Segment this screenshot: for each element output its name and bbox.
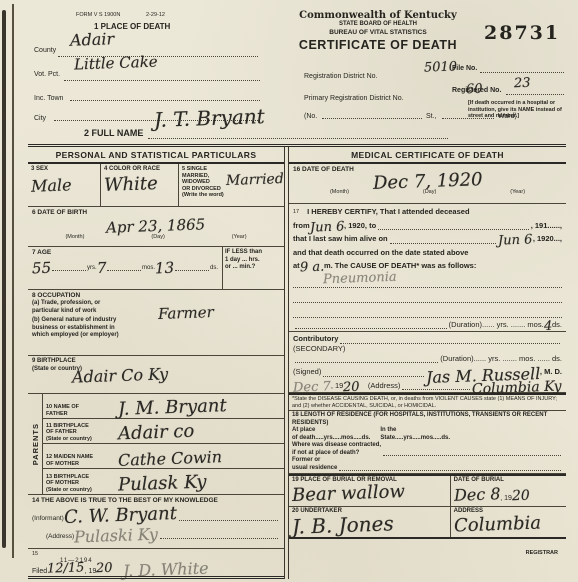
informant-address-label: (Address) [46, 533, 74, 541]
informant-value: C. W. Bryant [63, 503, 177, 528]
commonwealth-title: Commonwealth of Kentucky [278, 10, 478, 21]
filed-label: Filed [32, 567, 47, 576]
inc-town-rule [70, 100, 260, 101]
street-no-label: (No. [304, 112, 317, 121]
attended-from-value: Jun 6 [309, 220, 344, 235]
burial-row: 19 PLACE OF BURIAL OR REMOVAL Bear wallo… [289, 474, 566, 507]
at-place-of-death-label: At place of death.....yrs.....mos.....ds… [292, 427, 370, 442]
undertaker-row: 20 UNDERTAKER J. B. Jones ADDRESS Columb… [289, 507, 566, 539]
former-residence-line: Former or usual residence [292, 457, 563, 472]
parents-block: PARENTS 10 NAME OF FATHER J. M. Bryant 1… [28, 394, 284, 495]
mother-maiden-name-value: Cathe Cowin [118, 447, 223, 470]
age-main: 7 AGE 55 yrs. 7 mos. 13 ds. [28, 247, 222, 289]
physician-address-label: (Address) [368, 379, 401, 393]
date-of-death-value: Dec 7, 1920 [372, 169, 482, 194]
father-name-field: 10 NAME OF FATHER J. M. Bryant [43, 394, 284, 419]
certificate-title: CERTIFICATE OF DEATH [278, 38, 478, 52]
registered-no-value: 23 [514, 76, 531, 92]
street-no-rule [322, 118, 422, 119]
father-birthplace-value: Adair co [118, 421, 195, 445]
file-no-rule [480, 72, 564, 73]
primary-district-label: Primary Registration District No. [304, 94, 404, 103]
form-revision-date: 2-29-12 [146, 12, 165, 19]
secondary-label: (SECONDARY) [293, 346, 345, 352]
date-of-burial-value: Dec 8 [453, 484, 500, 505]
informant-field: 14 THE ABOVE IS TRUE TO THE BEST OF MY K… [28, 495, 284, 549]
duration2-label: (Duration)...... yrs. ....... mos. .....… [440, 352, 562, 366]
if-less-than-day-cell: IF LESS than 1 day ... hrs. or ... min.? [222, 247, 284, 289]
age-ds-label: ds. [210, 265, 218, 273]
from-mid: , 1920, to [344, 219, 376, 233]
age-values-line: 55 yrs. 7 mos. 13 ds. [32, 265, 218, 273]
undertaker-address-value: Columbia [453, 512, 541, 536]
date-of-birth-field: 6 DATE OF BIRTH Apr 23, 1865 (Month) (Da… [28, 207, 284, 247]
age-days-value: 13 [155, 265, 174, 273]
duration2-line: (Duration)...... yrs. ....... mos. .....… [289, 352, 566, 366]
personal-section-title: PERSONAL AND STATISTICAL PARTICULARS [28, 147, 284, 164]
to-rule [378, 229, 529, 230]
occupation-a-label: (a) Trade, profession, or particular kin… [32, 300, 162, 315]
certificate-number: 28731 [484, 22, 560, 44]
color-race-field: 4 COLOR OR RACE White [100, 164, 178, 206]
color-race-value: White [104, 173, 158, 196]
signed-date-value: Dec 7 [293, 380, 331, 395]
city-label: City [34, 114, 46, 123]
burial-year-value: 20 [512, 487, 530, 504]
full-name-rule [148, 138, 448, 139]
informant-address-line: (Address) Pulaski Ky [32, 526, 280, 541]
at-label: at [293, 259, 300, 273]
informant-address-value: Pulaski Ky [74, 525, 158, 547]
undertaker-address-field: ADDRESS Columbia [450, 507, 566, 537]
signed-label: (Signed) [293, 365, 321, 379]
in-the-state-label: In the State.....yrs.....mos.....ds. [380, 427, 450, 442]
marital-value: Married [226, 171, 284, 189]
undertaker-field: 20 UNDERTAKER J. B. Jones [289, 507, 450, 537]
mother-maiden-name-label: 12 MAIDEN NAME OF MOTHER [46, 454, 118, 467]
certificate-form: FORM V S 1900N 2-29-12 1 PLACE OF DEATH … [28, 6, 566, 558]
dod-year-label: (Year) [510, 189, 525, 196]
burial-year-prefix: , 19 [500, 495, 512, 502]
father-name-value: J. M. Bryant [118, 395, 227, 420]
binding-edge [0, 4, 22, 564]
physician-address-value: Columbia Ky [472, 380, 562, 397]
undertaker-signature: J. B. Jones [292, 511, 394, 539]
father-birthplace-field: 11 BIRTHPLACE OF FATHER (State or countr… [43, 419, 284, 444]
sex-value: Male [31, 175, 72, 195]
personal-column: PERSONAL AND STATISTICAL PARTICULARS 3 S… [28, 147, 284, 579]
signed-rule [323, 376, 423, 377]
from-label: from [293, 219, 310, 233]
registrar-signature: J. D. White [123, 558, 209, 580]
form-footer-code: 11—2194 [60, 558, 93, 564]
birthplace-value: Adair Co Ky [72, 364, 169, 386]
state-board-line: STATE BOARD OF HEALTH [278, 21, 478, 29]
date-of-birth-value: Apr 23, 1865 [106, 215, 206, 236]
filed-number: 15 [32, 551, 280, 558]
father-name-label: 10 NAME OF FATHER [46, 404, 118, 417]
mother-birthplace-value: Pulask Ky [118, 471, 207, 495]
parents-vertical-label: PARENTS [28, 394, 43, 494]
contributory-rule [340, 343, 560, 344]
last-saw-tail: , 1920..., [533, 232, 562, 246]
duration-tail: ds. [552, 318, 562, 332]
street-label: St., [426, 112, 437, 121]
filed-year-prefix: , 19 [85, 567, 97, 576]
full-name-label: 2 FULL NAME [84, 128, 143, 139]
age-rule [107, 270, 141, 271]
disease-contracted-line: Where was disease contracted, if not at … [292, 442, 563, 457]
date-of-burial-field: DATE OF BURIAL Dec 8, 1920 [450, 476, 566, 506]
contributory-block: Contributory (SECONDARY) (Duration).....… [289, 332, 566, 393]
parents-fields: 10 NAME OF FATHER J. M. Bryant 11 BIRTHP… [43, 394, 284, 494]
ward-label: Ward) [498, 112, 517, 121]
time-cause-line: at 9 a. m. The CAUSE OF DEATH* was as fo… [289, 259, 566, 273]
birthplace-field: 9 BIRTHPLACE (State or country) Adair Co… [28, 356, 284, 394]
bureau-line: BUREAU OF VITAL STATISTICS [278, 29, 478, 37]
duration2-rule [295, 362, 438, 363]
full-name-value: J. T. Bryant [154, 104, 265, 132]
age-years-value: 55 [32, 265, 51, 273]
occupation-a-value: Farmer [158, 303, 214, 323]
sex-label: 3 SEX [31, 166, 97, 174]
duration-days-value: 4 [543, 319, 552, 333]
certificate-body: PERSONAL AND STATISTICAL PARTICULARS 3 S… [28, 147, 566, 579]
filed-year-value: 20 [96, 560, 113, 576]
certification-block: 17 I HEREBY CERTIFY, That I attended dec… [289, 204, 566, 332]
age-rule [175, 270, 209, 271]
signed-year-prefix: , 19 [331, 379, 344, 393]
md-label: , M. D. [540, 365, 562, 379]
certify-number: 17 [293, 209, 299, 216]
last-saw-rule [390, 243, 497, 244]
signed-year-value: 20 [343, 380, 360, 394]
attended-from-line: from Jun 6 , 1920, to , 191......, [289, 219, 566, 233]
dob-month-label: (Month) [65, 234, 84, 241]
if-less-label: IF LESS than 1 day ... hrs. or ... min.? [225, 249, 282, 272]
mother-birthplace-label: 13 BIRTHPLACE OF MOTHER (State or countr… [46, 474, 118, 494]
age-field: 7 AGE 55 yrs. 7 mos. 13 ds. [28, 247, 284, 290]
last-saw-value: Jun 6 [498, 233, 533, 248]
place-of-burial-field: 19 PLACE OF BURIAL OR REMOVAL Bear wallo… [289, 476, 450, 506]
form-code: FORM V S 1900N [76, 12, 120, 19]
county-label: County [34, 46, 56, 55]
date-of-burial-label: DATE OF BURIAL [454, 477, 563, 485]
sex-color-marital-row: 3 SEX Male 4 COLOR OR RACE White 5 SINGL… [28, 164, 284, 207]
duration-rule [295, 328, 447, 329]
reg-district-label: Registration District No. [304, 72, 378, 81]
dob-year-label: (Year) [232, 234, 247, 241]
registrar-label: REGISTRAR [526, 550, 558, 557]
physician-address-rule [402, 389, 470, 390]
occupation-field: 8 OCCUPATION (a) Trade, profession, or p… [28, 290, 284, 356]
age-months-value: 7 [96, 265, 106, 273]
certify-intro: I HEREBY CERTIFY, That I attended deceas… [307, 205, 469, 219]
registered-no-label: Registered No. [452, 86, 501, 95]
father-birthplace-label: 11 BIRTHPLACE OF FATHER (State or countr… [46, 423, 118, 443]
residence-block: 18 LENGTH OF RESIDENCE (FOR HOSPITALS, I… [289, 411, 566, 474]
disease-contracted-label: Where was disease contracted, if not at … [292, 442, 381, 457]
certify-intro-line: 17 I HEREBY CERTIFY, That I attended dec… [289, 205, 566, 219]
occupation-b-label: (b) General nature of industry business … [32, 317, 172, 340]
cause-line-2 [293, 288, 562, 303]
place-of-burial-value: Bear wallow [292, 481, 406, 506]
duration-label: (Duration)...... yrs. ....... mos. [449, 318, 544, 332]
marital-field: 5 SINGLE MARRIED, WIDOWED OR DIVORCED (W… [178, 164, 284, 206]
county-value: Adair [70, 29, 115, 50]
age-mos-label: mos. [142, 265, 155, 273]
duration-line: (Duration)...... yrs. ....... mos. 4 ds. [289, 318, 566, 332]
color-race-label: 4 COLOR OR RACE [104, 166, 175, 174]
vot-pct-label: Vot. Pct. [34, 70, 60, 79]
date-of-death-field: 16 DATE OF DEATH Dec 7, 1920 (Month) (Da… [289, 164, 566, 204]
disease-contracted-rule [383, 455, 561, 456]
cause-line-3 [293, 303, 562, 318]
medical-column: MEDICAL CERTIFICATE OF DEATH 16 DATE OF … [289, 147, 566, 579]
certificate-header: FORM V S 1900N 2-29-12 1 PLACE OF DEATH … [28, 6, 566, 147]
registered-no-rule [506, 94, 564, 95]
mother-maiden-name-field: 12 MAIDEN NAME OF MOTHER Cathe Cowin [43, 444, 284, 469]
mother-birthplace-field: 13 BIRTHPLACE OF MOTHER (State or countr… [43, 469, 284, 494]
occupation-label: 8 OCCUPATION [32, 292, 280, 300]
dod-month-label: (Month) [330, 189, 349, 196]
residence-heading: 18 LENGTH OF RESIDENCE (FOR HOSPITALS, I… [292, 412, 563, 427]
age-rule [52, 270, 86, 271]
filed-field: 15 Filed 12/15 , 19 20 J. D. White REGIS… [28, 549, 284, 579]
medical-section-title: MEDICAL CERTIFICATE OF DEATH [289, 147, 566, 164]
header-center-block: Commonwealth of Kentucky STATE BOARD OF … [278, 10, 478, 52]
informant-rule [179, 520, 278, 521]
from-tail: , 191......, [531, 219, 562, 233]
date-of-birth-label: 6 DATE OF BIRTH [32, 209, 280, 217]
vot-pct-value: Little Cake [74, 53, 158, 74]
cause-of-death-value: Pneumonia [323, 269, 397, 287]
file-no-label: File No. [452, 64, 477, 73]
residence-columns: At place of death.....yrs.....mos.....ds… [292, 427, 563, 442]
informant-address-rule [160, 538, 278, 539]
former-residence-label: Former or usual residence [292, 457, 337, 472]
informant-label: (Informant) [32, 515, 64, 523]
death-occurred-text: and that death occurred on the date stat… [293, 246, 468, 260]
street-rule [442, 118, 494, 119]
cause-line-1: Pneumonia [293, 273, 562, 288]
scanned-death-certificate: FORM V S 1900N 2-29-12 1 PLACE OF DEATH … [0, 0, 578, 582]
former-residence-rule [339, 470, 561, 471]
sex-field: 3 SEX Male [28, 164, 100, 206]
age-label: 7 AGE [32, 249, 218, 257]
inc-town-label: Inc. Town [34, 94, 63, 103]
vot-pct-rule [64, 80, 260, 81]
age-yrs-label: yrs. [87, 265, 97, 273]
signed-line: (Signed) Jas M. Russell , M. D. [289, 365, 566, 379]
informant-line: (Informant) C. W. Bryant [32, 505, 280, 523]
